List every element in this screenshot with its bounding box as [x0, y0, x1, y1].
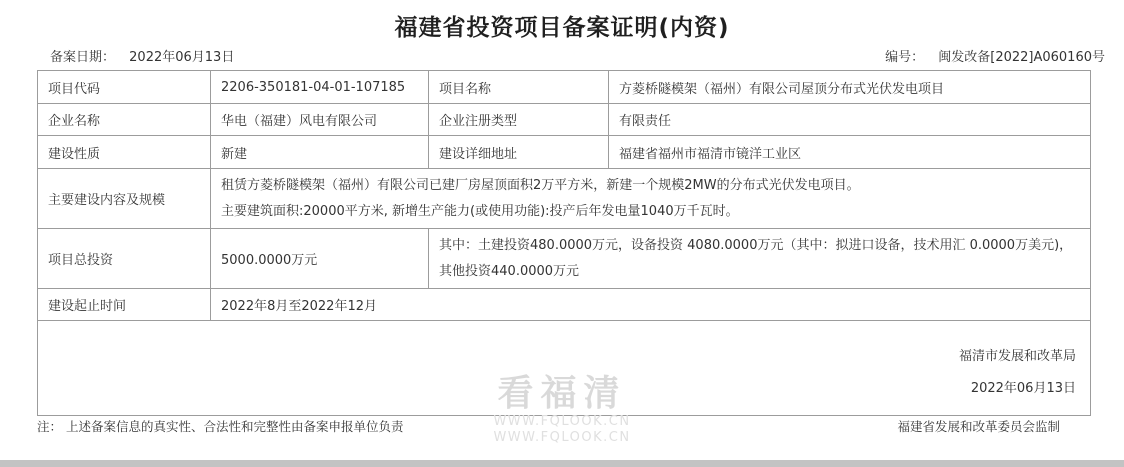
filing-date-value: 2022年06月13日: [129, 50, 234, 65]
field-value-construction-content: 租赁方菱桥隧模架（福州）有限公司已建厂房屋顶面积2万平方米，新建一个规模2MW的…: [211, 169, 1091, 229]
field-value-address: 福建省福州市福清市镜洋工业区: [609, 136, 1091, 169]
field-label-address: 建设详细地址: [429, 136, 609, 169]
field-value-construction-nature: 新建: [211, 136, 429, 169]
field-value-company-name: 华电（福建）风电有限公司: [211, 104, 429, 136]
table-row: 主要建设内容及规模 租赁方菱桥隧模架（福州）有限公司已建厂房屋顶面积2万平方米，…: [38, 169, 1091, 229]
table-row: 企业名称 华电（福建）风电有限公司 企业注册类型 有限责任: [38, 104, 1091, 136]
field-label-total-investment: 项目总投资: [38, 229, 211, 289]
table-row: 建设性质 新建 建设详细地址 福建省福州市福清市镜洋工业区: [38, 136, 1091, 169]
page-title: 福建省投资项目备案证明(内资): [0, 9, 1124, 42]
certificate-number: 编号： 闽发改备[2022]A060160号: [885, 46, 1105, 65]
field-value-construction-period: 2022年8月至2022年12月: [211, 289, 1091, 321]
issuing-authority: 福清市发展和改革局: [48, 341, 1076, 373]
table-row: 项目代码 2206-350181-04-01-107185 项目名称 方菱桥隧模…: [38, 71, 1091, 104]
footer-note: 注： 上述备案信息的真实性、合法性和完整性由备案申报单位负责: [37, 417, 403, 435]
field-label-construction-period: 建设起止时间: [38, 289, 211, 321]
field-label-construction-nature: 建设性质: [38, 136, 211, 169]
field-value-project-code: 2206-350181-04-01-107185: [211, 71, 429, 104]
construction-content-line-1: 租赁方菱桥隧模架（福州）有限公司已建厂房屋顶面积2万平方米，新建一个规模2MW的…: [221, 173, 1080, 199]
table-row: 项目总投资 5000.0000万元 其中：土建投资480.0000万元，设备投资…: [38, 229, 1091, 289]
footer: 注： 上述备案信息的真实性、合法性和完整性由备案申报单位负责 福建省发展和改革委…: [37, 417, 1090, 435]
filing-date: 备案日期： 2022年06月13日: [50, 46, 234, 65]
issue-date: 2022年06月13日: [48, 373, 1076, 405]
construction-content-line-2: 主要建筑面积:20000平方米, 新增生产能力(或使用功能):投产后年发电量10…: [221, 199, 1080, 225]
signature-cell: 福清市发展和改革局 2022年06月13日: [38, 321, 1091, 416]
field-value-investment-breakdown: 其中：土建投资480.0000万元，设备投资 4080.0000万元（其中：拟进…: [429, 229, 1091, 289]
field-value-project-name: 方菱桥隧模架（福州）有限公司屋顶分布式光伏发电项目: [609, 71, 1091, 104]
field-label-project-name: 项目名称: [429, 71, 609, 104]
footer-supervisor: 福建省发展和改革委员会监制: [897, 417, 1060, 435]
table-row: 福清市发展和改革局 2022年06月13日: [38, 321, 1091, 416]
certificate-number-label: 编号：: [885, 50, 924, 65]
field-label-construction-content: 主要建设内容及规模: [38, 169, 211, 229]
certificate-number-value: 闽发改备[2022]A060160号: [938, 50, 1105, 65]
table-row: 建设起止时间 2022年8月至2022年12月: [38, 289, 1091, 321]
field-value-company-type: 有限责任: [609, 104, 1091, 136]
certificate-table: 项目代码 2206-350181-04-01-107185 项目名称 方菱桥隧模…: [37, 70, 1091, 416]
field-label-company-name: 企业名称: [38, 104, 211, 136]
field-value-total-investment: 5000.0000万元: [211, 229, 429, 289]
field-label-company-type: 企业注册类型: [429, 104, 609, 136]
filing-date-label: 备案日期：: [50, 50, 115, 65]
meta-row: 备案日期： 2022年06月13日 编号： 闽发改备[2022]A060160号: [0, 46, 1124, 64]
field-label-project-code: 项目代码: [38, 71, 211, 104]
window-bottom-edge: [0, 460, 1124, 467]
